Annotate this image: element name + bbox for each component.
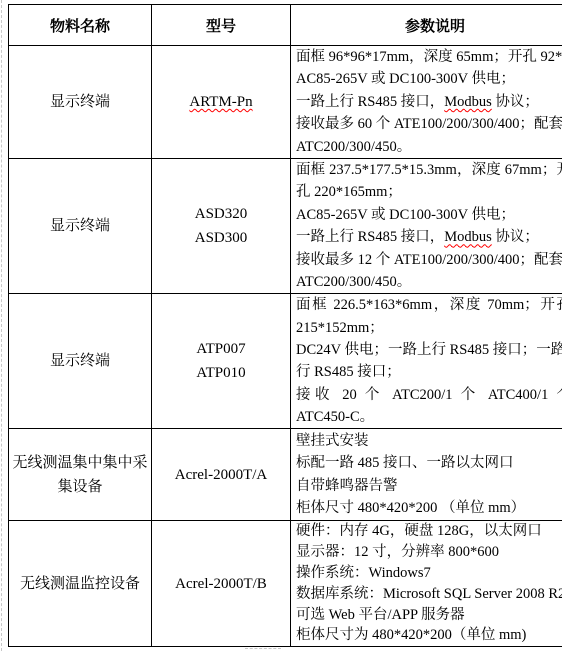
param-line: 数据库系统：Microsoft SQL Server 2008 R2	[296, 584, 562, 605]
table-row: 显示终端ASD320ASD300面框 237.5*177.5*15.3mm，深度…	[9, 159, 562, 294]
param-text: 可选 Web 平台/APP 服务器	[296, 607, 465, 623]
param-line: 自带蜂鸣器告警	[296, 475, 562, 497]
param-text: ATC450-C。	[296, 409, 374, 425]
material-name-cell: 显示终端	[9, 294, 152, 429]
header-material-name: 物料名称	[9, 5, 152, 46]
model-number-text: ATP010	[196, 365, 245, 381]
param-text: 显示器：12 寸，分辨率 800*600	[296, 544, 499, 560]
param-line: 行 RS485 接口；	[296, 361, 562, 383]
param-line: 接收 20 个 ATC200/1 个 ATC400/1 个	[296, 384, 562, 406]
param-text: 柜体尺寸为 480*420*200（单位 mm)	[296, 627, 526, 643]
param-line: 显示器：12 寸，分辨率 800*600	[296, 542, 562, 563]
model-cell: ATP007ATP010	[152, 294, 291, 429]
param-text: DC24V 供电；一路上行 RS485 接口；一路下	[296, 342, 562, 358]
param-line: 硬件：内存 4G，硬盘 128G，以太网口	[296, 521, 562, 542]
model-cell: ARTM-Pn	[152, 46, 291, 159]
params-cell: 面框 96*96*17mm，深度 65mm；开孔 92*92mm；AC85-26…	[291, 46, 562, 159]
params-cell: 硬件：内存 4G，硬盘 128G，以太网口显示器：12 寸，分辨率 800*60…	[291, 521, 562, 647]
material-name-cell: 无线测温监控设备	[9, 521, 152, 647]
model-cell: ASD320ASD300	[152, 159, 291, 294]
param-line: ATC200/300/450。	[296, 271, 562, 293]
param-text: ATC200/300/450。	[296, 139, 411, 155]
param-line: ATC200/300/450。	[296, 136, 562, 158]
param-line: AC85-265V 或 DC100-300V 供电；	[296, 204, 562, 226]
param-line: 215*152mm；	[296, 317, 562, 339]
param-line: 可选 Web 平台/APP 服务器	[296, 605, 562, 626]
param-line: 壁挂式安装	[296, 430, 562, 452]
param-text: 面框 226.5*163*6mm，深度 70mm；开孔	[296, 297, 562, 313]
param-text: 面框 96*96*17mm，深度 65mm；开孔 92*92mm；	[296, 49, 562, 65]
param-line: DC24V 供电；一路上行 RS485 接口；一路下	[296, 339, 562, 361]
header-params: 参数说明	[291, 5, 562, 46]
model-number: ARTM-Pn	[152, 90, 290, 114]
model-number-text: Acrel-2000T/B	[175, 576, 267, 592]
material-name: 无线测温监控设备	[11, 572, 149, 596]
page-margin-guide-bottom	[245, 648, 281, 649]
param-line: 面框 96*96*17mm，深度 65mm；开孔 92*92mm；	[296, 46, 562, 68]
param-text-misspelled: Modbus	[444, 229, 492, 245]
table-row: 显示终端ARTM-Pn面框 96*96*17mm，深度 65mm；开孔 92*9…	[9, 46, 562, 159]
model-cell: Acrel-2000T/A	[152, 429, 291, 521]
model-number: ASD300	[152, 226, 290, 250]
param-text: 孔 220*165mm；	[296, 184, 402, 200]
param-line: 一路上行 RS485 接口，Modbus 协议；	[296, 226, 562, 248]
param-line: 接收最多 60 个 ATE100/200/300/400；配套	[296, 113, 562, 135]
param-text: 一路上行 RS485 接口，	[296, 94, 444, 110]
table-row: 无线测温集中集中采集设备Acrel-2000T/A壁挂式安装标配一路 485 接…	[9, 429, 562, 521]
params-cell: 壁挂式安装标配一路 485 接口、一路以太网口自带蜂鸣器告警柜体尺寸 480*4…	[291, 429, 562, 521]
param-text: 协议；	[492, 94, 539, 110]
param-text: 自带蜂鸣器告警	[296, 478, 398, 494]
header-model: 型号	[152, 5, 291, 46]
param-line: 接收最多 12 个 ATE100/200/300/400；配套	[296, 249, 562, 271]
param-text: 壁挂式安装	[296, 433, 369, 449]
material-name: 显示终端	[11, 214, 149, 238]
model-number: ASD320	[152, 202, 290, 226]
param-line: ATC450-C。	[296, 406, 562, 428]
param-text: AC85-265V 或 DC100-300V 供电；	[296, 207, 515, 223]
table-row: 无线测温监控设备Acrel-2000T/B硬件：内存 4G，硬盘 128G，以太…	[9, 521, 562, 647]
table-body: 显示终端ARTM-Pn面框 96*96*17mm，深度 65mm；开孔 92*9…	[9, 46, 562, 647]
spec-table: 物料名称 型号 参数说明 显示终端ARTM-Pn面框 96*96*17mm，深度…	[8, 4, 562, 647]
param-line: 面框 237.5*177.5*15.3mm，深度 67mm；开	[296, 159, 562, 181]
model-number-text: Acrel-2000T/A	[175, 467, 267, 483]
model-number-text: ATP007	[196, 341, 245, 357]
param-text-misspelled: Modbus	[444, 94, 492, 110]
param-text: AC85-265V 或 DC100-300V 供电；	[296, 71, 515, 87]
param-text: 215*152mm；	[296, 320, 384, 336]
material-name: 无线测温集中集中采集设备	[11, 451, 149, 499]
param-line: 一路上行 RS485 接口，Modbus 协议；	[296, 91, 562, 113]
header-row: 物料名称 型号 参数说明	[9, 5, 562, 46]
param-text: 行 RS485 接口；	[296, 364, 401, 380]
model-number: ATP010	[152, 361, 290, 385]
param-line: 标配一路 485 接口、一路以太网口	[296, 452, 562, 474]
material-name: 显示终端	[11, 90, 149, 114]
param-text: 操作系统：Windows7	[296, 565, 431, 581]
param-text: 一路上行 RS485 接口，	[296, 229, 444, 245]
material-name: 显示终端	[11, 349, 149, 373]
model-number: Acrel-2000T/A	[152, 463, 290, 487]
param-line: 柜体尺寸 480*420*200 （单位 mm）	[296, 497, 562, 519]
param-text: 面框 237.5*177.5*15.3mm，深度 67mm；开	[296, 162, 562, 178]
param-text: 协议；	[492, 229, 539, 245]
param-line: 面框 226.5*163*6mm，深度 70mm；开孔	[296, 294, 562, 316]
param-line: 操作系统：Windows7	[296, 563, 562, 584]
params-cell: 面框 237.5*177.5*15.3mm，深度 67mm；开孔 220*165…	[291, 159, 562, 294]
param-line: AC85-265V 或 DC100-300V 供电；	[296, 68, 562, 90]
material-name-cell: 无线测温集中集中采集设备	[9, 429, 152, 521]
param-line: 孔 220*165mm；	[296, 181, 562, 203]
param-text: 接收最多 12 个 ATE100/200/300/400；配套	[296, 252, 562, 268]
param-text: 柜体尺寸 480*420*200 （单位 mm）	[296, 500, 525, 516]
model-number: ATP007	[152, 337, 290, 361]
param-line: 柜体尺寸为 480*420*200（单位 mm)	[296, 625, 562, 646]
model-number-text: ASD300	[195, 230, 248, 246]
param-text: 数据库系统：Microsoft SQL Server 2008 R2	[296, 586, 562, 602]
material-name-cell: 显示终端	[9, 159, 152, 294]
params-cell: 面框 226.5*163*6mm，深度 70mm；开孔215*152mm；DC2…	[291, 294, 562, 429]
model-cell: Acrel-2000T/B	[152, 521, 291, 647]
param-text: 标配一路 485 接口、一路以太网口	[296, 455, 514, 471]
model-number-text-misspelled: ARTM-Pn	[189, 94, 252, 110]
param-text: 硬件：内存 4G，硬盘 128G，以太网口	[296, 523, 542, 539]
param-text: 接收最多 60 个 ATE100/200/300/400；配套	[296, 116, 562, 132]
model-number: Acrel-2000T/B	[152, 572, 290, 596]
page-margin-guide-vertical	[1, 0, 2, 651]
param-text: 接收 20 个 ATC200/1 个 ATC400/1 个	[296, 387, 562, 403]
material-name-cell: 显示终端	[9, 46, 152, 159]
param-text: ATC200/300/450。	[296, 274, 411, 290]
model-number-text: ASD320	[195, 206, 248, 222]
table-header: 物料名称 型号 参数说明	[9, 5, 562, 46]
table-row: 显示终端ATP007ATP010面框 226.5*163*6mm，深度 70mm…	[9, 294, 562, 429]
